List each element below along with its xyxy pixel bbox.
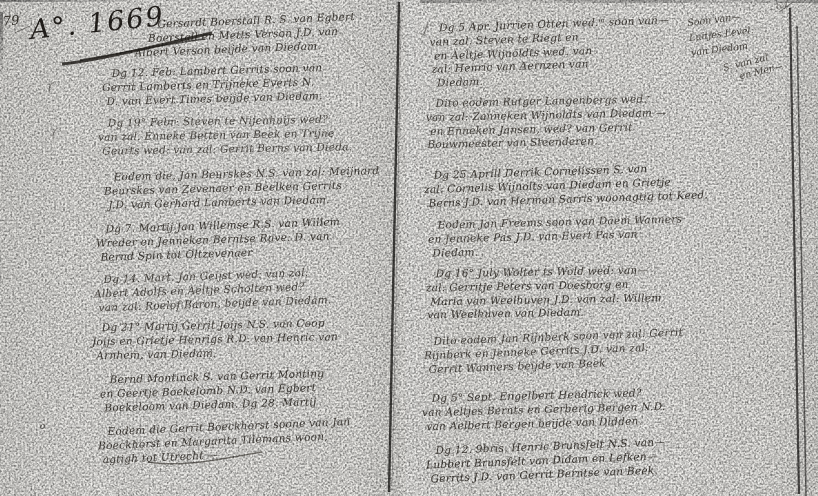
register-entry: Dg 12. Feb: Lambert Gerrits soon vanGerr… — [111, 60, 398, 109]
left-entries: Gersardt Boerstall R. S. van EgbertBoers… — [96, 14, 398, 471]
register-entry: Eodem die, Jan Beurskes N.S. van zal: Me… — [114, 165, 399, 213]
manuscript-scan: 79 A°. 1669 ⟋ ( ( Gersardt Boerstall R. … — [0, 0, 818, 496]
right-entries: Dg 5 Apr. Jurrien Otten wed.ᵐ soon van—v… — [426, 16, 806, 488]
register-entry: Dito eodem Rutger Langenbergs wed.ʳvan z… — [435, 90, 806, 153]
register-entry: Eodem Jan Freems soon van Daem Wannersen… — [438, 210, 807, 260]
register-entry: Dg 12. 9bris. Henric Brunsfelt N.S. van—… — [435, 431, 806, 487]
register-entry: Dg 5° Sept. Engelbert Hendrick wed?van A… — [432, 383, 807, 434]
margin-tick: ( — [46, 80, 54, 96]
register-entry: Dg 14. Mart. Jan Geijst wed: van zal:Alb… — [103, 264, 398, 316]
register-entry: Gersardt Boerstall R. S. van EgbertBoers… — [157, 9, 398, 60]
register-entry: Dg 19° Febr: Steven te Nijenhuijs wed?va… — [108, 112, 399, 158]
register-entry: Bernd Montinck S. van Gerrit Montingen G… — [109, 365, 398, 415]
marginal-note: Soon van— Luitjes Level. van Diedam — [686, 8, 756, 61]
left-page: 79 A°. 1669 ⟋ ( ( Gersardt Boerstall R. … — [0, 0, 400, 496]
register-entry: Dito eodem Jan Rijnberk soon van zal: Ge… — [433, 322, 806, 377]
register-entry: Dg 21° Martij Gerrit Joijs N.S. van Coop… — [102, 316, 399, 364]
margin-tick: ( — [51, 126, 59, 142]
register-entry: Dg 16° July Wolter ts Wold wed: van—zal:… — [436, 262, 807, 324]
register-entry: Eodem die Gerrit Boeckhorst soone van Ja… — [107, 414, 398, 467]
right-page: 64 ʃ Dg 5 Apr. Jurrien Otten wed.ᵐ soon … — [406, 0, 818, 496]
register-entry: Dg 7. Martij Jan Willemse R.S. van Wille… — [105, 214, 398, 265]
register-entry: Dg 25 Aprill Derrik Cornelissen S. vanza… — [433, 158, 806, 211]
ink-mark: o — [40, 422, 45, 432]
